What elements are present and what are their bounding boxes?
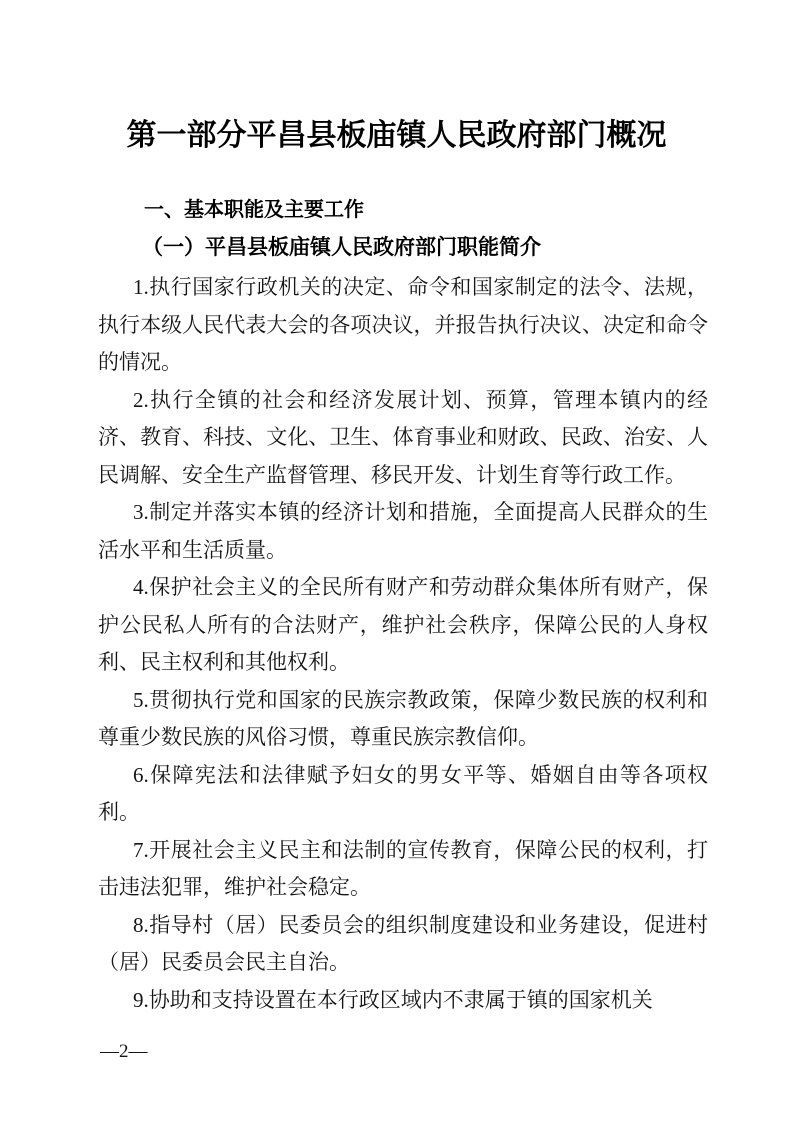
- page-title: 第一部分平昌县板庙镇人民政府部门概况: [0, 0, 793, 158]
- paragraph-3: 3.制定并落实本镇的经济计划和措施，全面提高人民群众的生活水平和生活质量。: [98, 494, 708, 569]
- paragraph-1: 1.执行国家行政机关的决定、命令和国家制定的法令、法规，执行本级人民代表大会的各…: [98, 269, 708, 382]
- subsection-heading: （一）平昌县板庙镇人民政府部门职能简介: [98, 229, 708, 266]
- page-number: —2—: [100, 1040, 148, 1064]
- paragraph-2: 2.执行全镇的社会和经济发展计划、预算，管理本镇内的经济、教育、科技、文化、卫生…: [98, 382, 708, 495]
- paragraph-6: 6.保障宪法和法律赋予妇女的男女平等、婚姻自由等各项权利。: [98, 757, 708, 832]
- paragraph-7: 7.开展社会主义民主和法制的宣传教育，保障公民的权利，打击违法犯罪，维护社会稳定…: [98, 832, 708, 907]
- paragraph-9: 9.协助和支持设置在本行政区域内不隶属于镇的国家机关: [98, 982, 708, 1020]
- document-body: 一、基本职能及主要工作 （一）平昌县板庙镇人民政府部门职能简介 1.执行国家行政…: [0, 192, 793, 1019]
- section-heading: 一、基本职能及主要工作: [98, 192, 708, 229]
- paragraph-5: 5.贯彻执行党和国家的民族宗教政策，保障少数民族的权利和尊重少数民族的风俗习惯，…: [98, 682, 708, 757]
- paragraph-4: 4.保护社会主义的全民所有财产和劳动群众集体所有财产，保护公民私人所有的合法财产…: [98, 569, 708, 682]
- document-page: 第一部分平昌县板庙镇人民政府部门概况 一、基本职能及主要工作 （一）平昌县板庙镇…: [0, 0, 793, 1122]
- paragraph-8: 8.指导村（居）民委员会的组织制度建设和业务建设，促进村（居）民委员会民主自治。: [98, 907, 708, 982]
- paragraph-list: 1.执行国家行政机关的决定、命令和国家制定的法令、法规，执行本级人民代表大会的各…: [98, 269, 708, 1019]
